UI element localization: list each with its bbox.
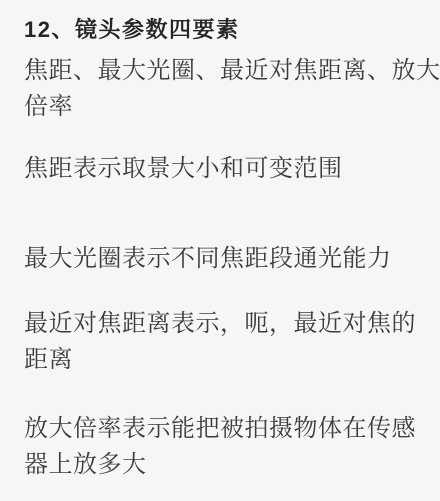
text-line: 焦距表示取景大小和可变范围	[24, 151, 432, 187]
text-line: 放大倍率表示能把被拍摄物体在传感	[24, 411, 432, 447]
text-line: 倍率	[24, 89, 432, 125]
text-line: 焦距、最大光圈、最近对焦距离、放大	[24, 53, 432, 89]
paragraph: 焦距表示取景大小和可变范围	[24, 151, 432, 187]
page-title: 12、镜头参数四要素	[24, 16, 432, 44]
paragraph: 放大倍率表示能把被拍摄物体在传感 器上放多大	[24, 411, 432, 483]
paragraph: 最大光圈表示不同焦距段通光能力	[24, 241, 432, 277]
text-line: 最大光圈表示不同焦距段通光能力	[24, 241, 432, 277]
paragraph: 最近对焦距离表示，呃，最近对焦的 距离	[24, 306, 432, 378]
text-line: 最近对焦距离表示，呃，最近对焦的	[24, 306, 432, 342]
paragraph: 焦距、最大光圈、最近对焦距离、放大 倍率	[24, 53, 432, 125]
text-line: 器上放多大	[24, 447, 432, 483]
text-line: 距离	[24, 342, 432, 378]
note-body: 12、镜头参数四要素 焦距、最大光圈、最近对焦距离、放大 倍率 焦距表示取景大小…	[0, 0, 440, 501]
